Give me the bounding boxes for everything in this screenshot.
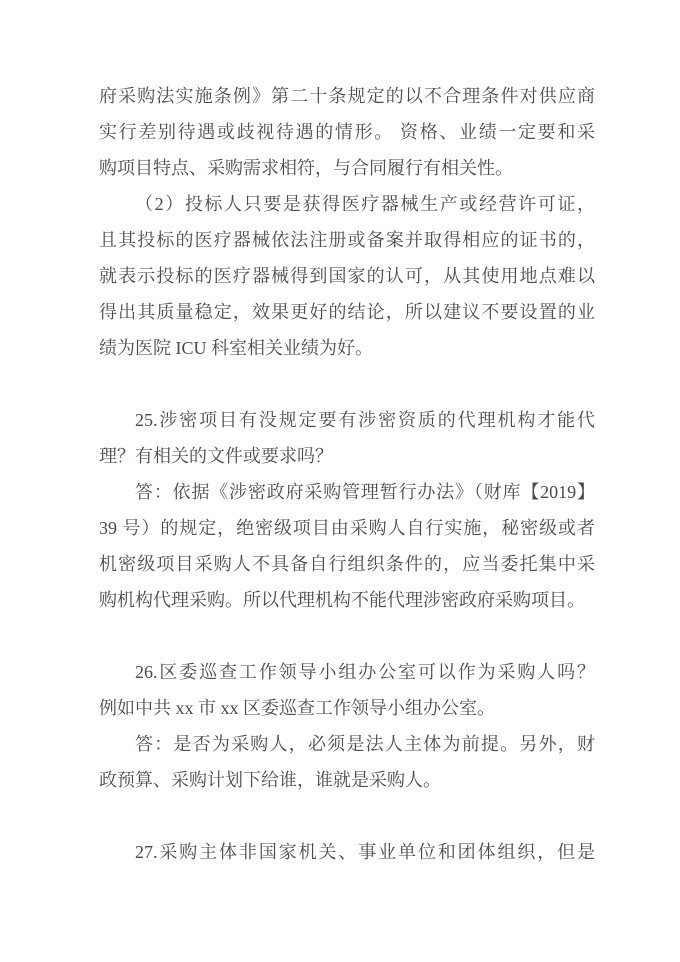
text-line: 实行差别待遇或歧视待遇的情形。 资格、业绩一定要和采 (99, 114, 595, 150)
text-line: 27.采购主体非国家机关、事业单位和团体组织，但是 (99, 834, 595, 870)
text-line: 答：依据《涉密政府采购管理暂行办法》（财库【2019】 (99, 474, 595, 510)
text-line: 政预算、采购计划下给谁，谁就是采购人。 (99, 762, 595, 798)
text-line: 26.区委巡查工作领导小组办公室可以作为采购人吗？ (99, 654, 595, 690)
text-line: 答：是否为采购人，必须是法人主体为前提。另外，财 (99, 726, 595, 762)
text-line: （2）投标人只要是获得医疗器械生产或经营许可证， (99, 186, 595, 222)
text-line: 39 号）的规定，绝密级项目由采购人自行实施，秘密级或者 (99, 510, 595, 546)
text-line: 府采购法实施条例》第二十条规定的以不合理条件对供应商 (99, 78, 595, 114)
text-line: 25.涉密项目有没规定要有涉密资质的代理机构才能代 (99, 402, 595, 438)
text-line: 购机构代理采购。所以代理机构不能代理涉密政府采购项目。 (99, 582, 595, 618)
text-line: 机密级项目采购人不具备自行组织条件的，应当委托集中采 (99, 546, 595, 582)
text-line: 且其投标的医疗器械依法注册或备案并取得相应的证书的， (99, 222, 595, 258)
text-line: 例如中共 xx 市 xx 区委巡查工作领导小组办公室。 (99, 690, 595, 726)
blank-line (99, 618, 595, 654)
text-line: 绩为医院 ICU 科室相关业绩为好。 (99, 330, 595, 366)
blank-line (99, 798, 595, 834)
blank-line (99, 366, 595, 402)
text-line: 购项目特点、采购需求相符，与合同履行有相关性。 (99, 150, 595, 186)
document-content: 府采购法实施条例》第二十条规定的以不合理条件对供应商实行差别待遇或歧视待遇的情形… (99, 78, 595, 870)
document-page: 府采购法实施条例》第二十条规定的以不合理条件对供应商实行差别待遇或歧视待遇的情形… (0, 0, 680, 962)
text-line: 得出其质量稳定，效果更好的结论，所以建议不要设置的业 (99, 294, 595, 330)
text-line: 理？有相关的文件或要求吗？ (99, 438, 595, 474)
text-line: 就表示投标的医疗器械得到国家的认可，从其使用地点难以 (99, 258, 595, 294)
